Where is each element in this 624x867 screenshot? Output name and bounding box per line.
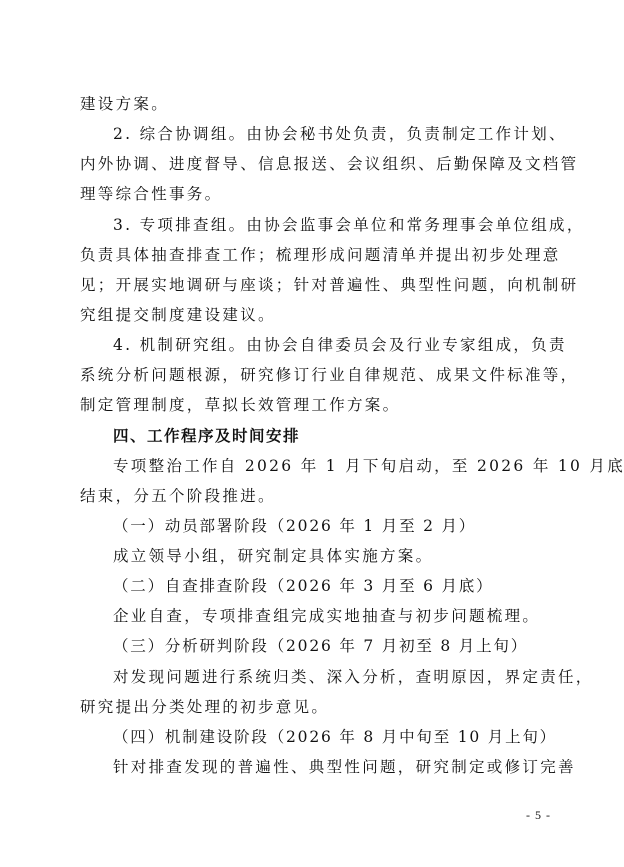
paragraph-line: 系统分析问题根源，研究修订行业自律规范、成果文件标准等，: [80, 365, 550, 385]
paragraph-line: 结束，分五个阶段推进。: [80, 486, 550, 506]
paragraph-line: 企业自查，专项排查组完成实地抽查与初步问题梳理。: [113, 606, 583, 626]
paragraph-line: 专项整治工作自 2026 年 1 月下旬启动，至 2026 年 10 月底: [113, 456, 583, 476]
paragraph-line: 对发现问题进行系统归类、深入分析，查明原因，界定责任，: [113, 667, 583, 687]
paragraph-line: 建设方案。: [80, 94, 550, 114]
stage-heading: （三）分析研判阶段（2026 年 7 月初至 8 月上旬）: [113, 636, 583, 656]
page-number: - 5 -: [526, 808, 551, 823]
paragraph-line: 见；开展实地调研与座谈；针对普遍性、典型性问题，向机制研: [80, 275, 550, 295]
section-heading: 四、工作程序及时间安排: [113, 426, 583, 446]
paragraph-line: 负责具体抽查排查工作；梳理形成问题清单并提出初步处理意: [80, 245, 550, 265]
paragraph-line: 制定管理制度，草拟长效管理工作方案。: [80, 395, 550, 415]
paragraph-line: 针对排查发现的普遍性、典型性问题，研究制定或修订完善: [113, 757, 583, 777]
paragraph-line: 2. 综合协调组。由协会秘书处负责，负责制定工作计划、: [113, 124, 583, 144]
document-page: 建设方案。 2. 综合协调组。由协会秘书处负责，负责制定工作计划、 内外协调、进…: [0, 0, 624, 867]
stage-heading: （二）自查排查阶段（2026 年 3 月至 6 月底）: [113, 576, 583, 596]
paragraph-line: 3. 专项排查组。由协会监事会单位和常务理事会单位组成，: [113, 215, 583, 235]
paragraph-line: 研究提出分类处理的初步意见。: [80, 697, 550, 717]
paragraph-line: 内外协调、进度督导、信息报送、会议组织、后勤保障及文档管: [80, 154, 550, 174]
paragraph-line: 理等综合性事务。: [80, 184, 550, 204]
paragraph-line: 究组提交制度建设建议。: [80, 305, 550, 325]
paragraph-line: 成立领导小组，研究制定具体实施方案。: [113, 546, 583, 566]
paragraph-line: 4. 机制研究组。由协会自律委员会及行业专家组成，负责: [113, 335, 583, 355]
stage-heading: （四）机制建设阶段（2026 年 8 月中旬至 10 月上旬）: [113, 727, 583, 747]
stage-heading: （一）动员部署阶段（2026 年 1 月至 2 月）: [113, 516, 583, 536]
